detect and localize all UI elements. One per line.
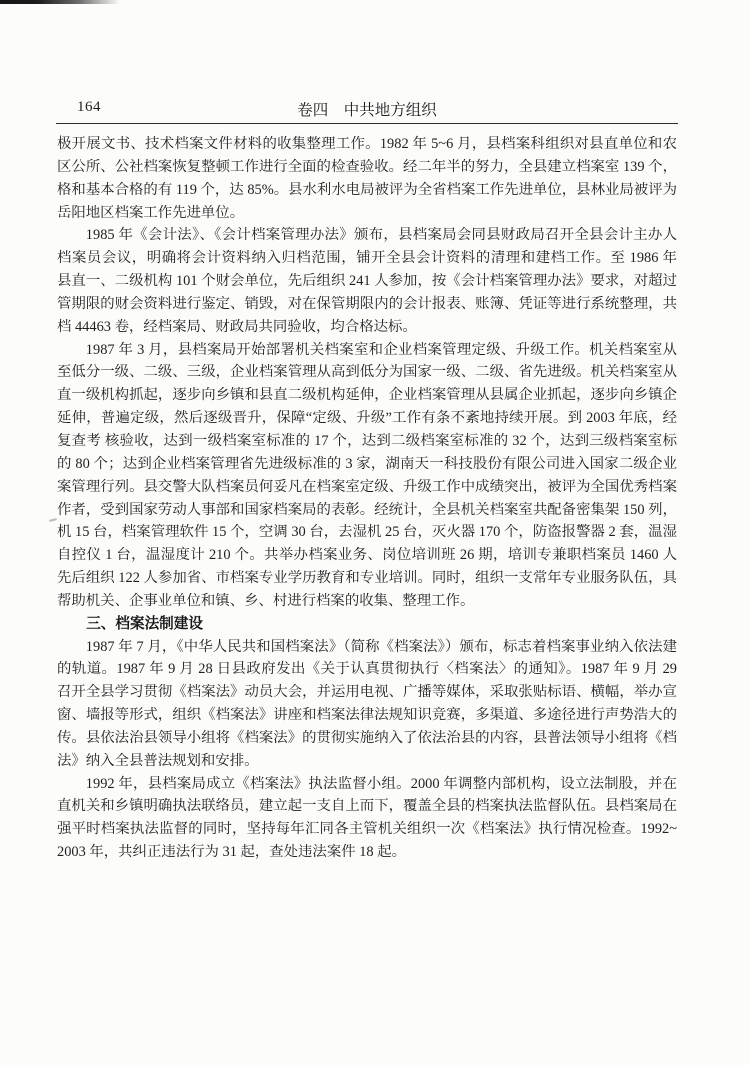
text-line: 岳阳地区档案工作先进单位。	[57, 202, 677, 225]
page-header: 164 卷四 中共地方组织	[57, 98, 677, 118]
scan-artifact-top-edge	[0, 0, 126, 4]
text-line: 格和基本合格的有 119 个，达 85%。县水利水电局被评为全省档案工作先进单位…	[57, 179, 677, 202]
text-line: 2003 年，共纠正违法行为 31 起，查处违法案件 18 起。	[57, 841, 677, 864]
text-line: 帮助机关、企事业单位和镇、乡、村进行档案的收集、整理工作。	[57, 590, 677, 613]
scan-artifact-speck	[49, 518, 57, 522]
text-line: 先后组织 122 人参加省、市档案专业学历教育和专业培训。同时，组织一支常年专业…	[57, 567, 677, 590]
text-line: 案管理行列。县交警大队档案员何妥凡在档案室定级、升级工作中成绩突出，被评为全国优…	[57, 476, 677, 499]
section-heading: 三、档案法制建设	[57, 613, 677, 636]
text-line: 县直一、二级机构 101 个财会单位，先后组织 241 人参加，按《会计档案管理…	[57, 270, 677, 293]
text-line: 作者，受到国家劳动人事部和国家档案局的表彰。经统计，全县机关档案室共配备密集架 …	[57, 499, 677, 522]
scanned-page: 164 卷四 中共地方组织 极开展文书、技术档案文件材料的收集整理工作。1982…	[0, 0, 750, 1065]
text-line: 法》纳入全县普法规划和安排。	[57, 750, 677, 773]
text-line: 1985 年《会计法》、《会计档案管理办法》颁布，县档案局会同县财政局召开全县会…	[57, 224, 677, 247]
text-line: 1987 年 7 月，《中华人民共和国档案法》（简称《档案法》）颁布，标志着档案…	[57, 636, 677, 659]
text-line: 召开全县学习贯彻《档案法》动员大会，并运用电视、广播等媒体，采取张贴标语、横幅，…	[57, 681, 677, 704]
text-line: 管期限的财会资料进行鉴定、销毁，对在保管期限内的会计报表、账簿、凭证等进行系统整…	[57, 293, 677, 316]
text-line: 窗、墙报等形式，组织《档案法》讲座和档案法律法规知识竞赛，多渠道、多途径进行声势…	[57, 704, 677, 727]
text-line: 直一级机构抓起，逐步向乡镇和县直二级机构延伸，企业档案管理从县属企业抓起，逐步向…	[57, 384, 677, 407]
text-line: 延伸，普遍定级，然后逐级晋升，保障“定级、升级”工作有条不紊地持续开展。到 20…	[57, 407, 677, 430]
text-line: 档 44463 卷，经档案局、财政局共同验收，均合格达标。	[57, 316, 677, 339]
header-title: 卷四 中共地方组织	[57, 98, 677, 120]
text-line: 自控仪 1 台，温湿度计 210 个。共举办档案业务、岗位培训班 26 期，培训…	[57, 544, 677, 567]
header-rule	[56, 123, 678, 124]
text-line: 的 80 个；达到企业档案管理省先进级标准的 3 家，湖南天一科技股份有限公司进…	[57, 453, 677, 476]
text-line: 直机关和乡镇明确执法联络员，建立起一支自上而下，覆盖全县的档案执法监督队伍。县档…	[57, 795, 677, 818]
text-line: 1987 年 3 月，县档案局开始部署机关档案室和企业档案管理定级、升级工作。机…	[57, 339, 677, 362]
text-line: 1992 年，县档案局成立《档案法》执法监督小组。2000 年调整内部机构，设立…	[57, 773, 677, 796]
body-text: 极开展文书、技术档案文件材料的收集整理工作。1982 年 5~6 月，县档案科组…	[57, 133, 677, 864]
text-line: 的轨道。1987 年 9 月 28 日县政府发出《关于认真贯彻执行〈档案法〉的通…	[57, 658, 677, 681]
text-line: 至低分一级、二级、三级，企业档案管理从高到低分为国家一级、二级、省先进级。机关档…	[57, 361, 677, 384]
text-line: 档案员会议，明确将会计资料纳入归档范围，铺开全县会计资料的清理和建档工作。至 1…	[57, 247, 677, 270]
text-line: 极开展文书、技术档案文件材料的收集整理工作。1982 年 5~6 月，县档案科组…	[57, 133, 677, 156]
text-line: 强平时档案执法监督的同时，坚持每年汇同各主管机关组织一次《档案法》执行情况检查。…	[57, 818, 677, 841]
text-line: 传。县依法治县领导小组将《档案法》的贯彻实施纳入了依法治县的内容，县普法领导小组…	[57, 727, 677, 750]
text-line: 机 15 台，档案管理软件 15 个，空调 30 台，去湿机 25 台，灭火器 …	[57, 521, 677, 544]
text-line: 区公所、公社档案恢复整顿工作进行全面的检查验收。经二年半的努力，全县建立档案室 …	[57, 156, 677, 179]
text-line: 复查考 核验收，达到一级档案室标准的 17 个，达到二级档案室标准的 32 个，…	[57, 430, 677, 453]
